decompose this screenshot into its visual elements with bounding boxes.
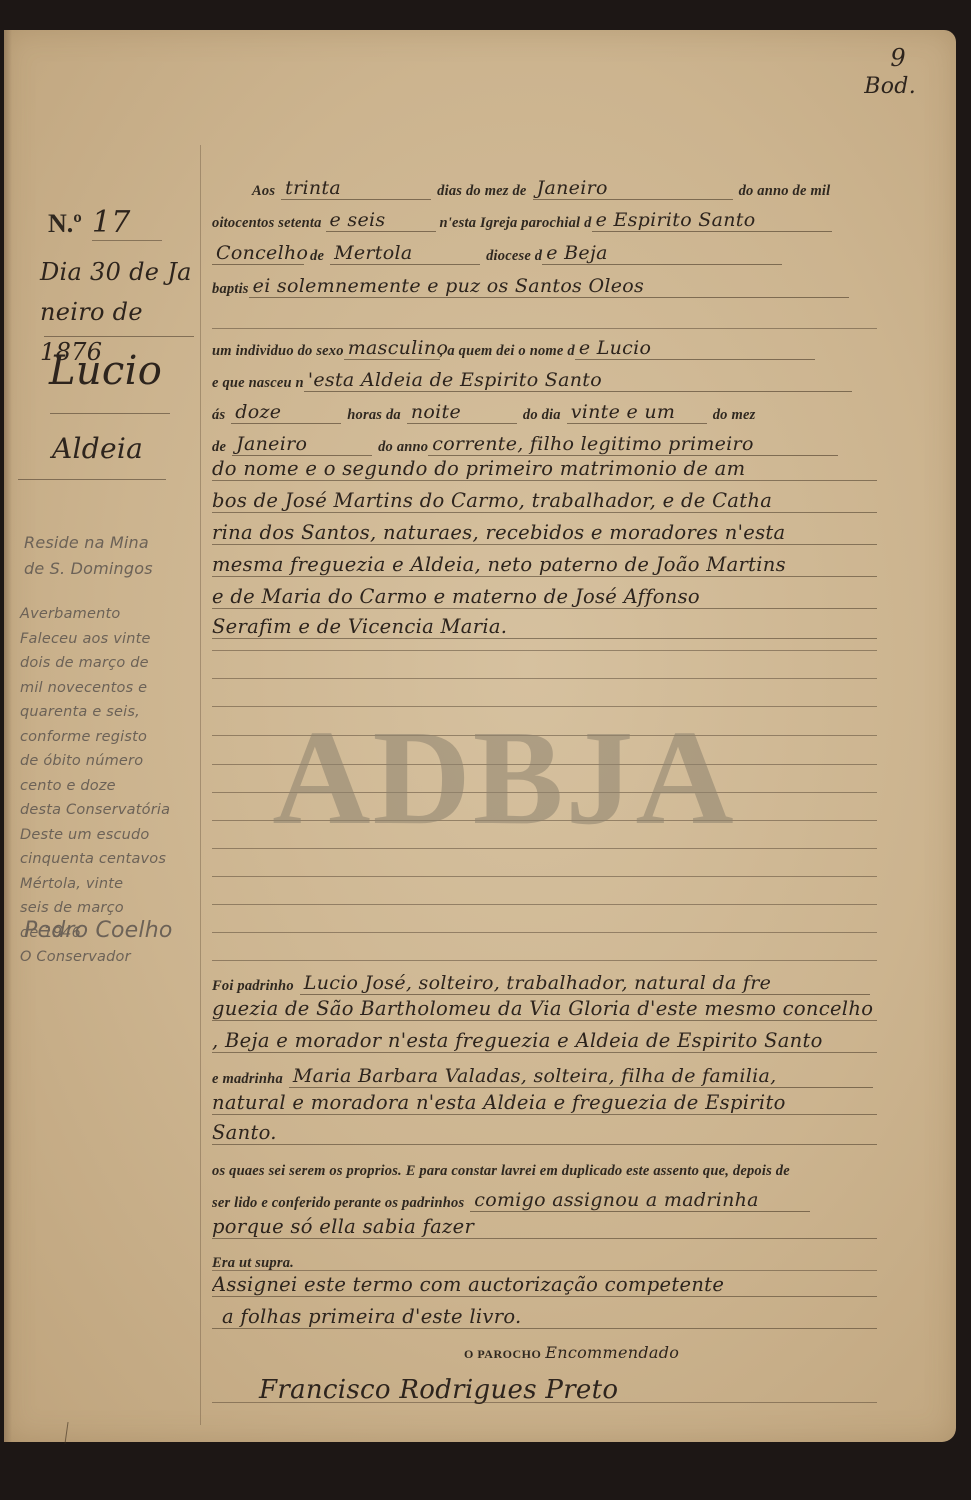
ruled-line <box>212 960 877 961</box>
margin-rule <box>50 413 170 414</box>
final-note-line-1: Assignei este termo com auctorização com… <box>212 1274 877 1297</box>
entry-number: N.º 17 <box>48 205 162 241</box>
era-ut-supra: Era ut supra. <box>212 1242 932 1272</box>
parents-line-4: mesma freguezia e Aldeia, neto paterno d… <box>212 554 877 577</box>
form-line-5: um individuo do sexo masculino , a quem … <box>212 330 932 360</box>
godmother-line-1: e madrinha Maria Barbara Valadas, soltei… <box>212 1058 932 1088</box>
form-line-6: e que nasceu n 'esta Aldeia de Espirito … <box>212 362 932 392</box>
parents-line-1: do nome e o segundo do primeiro matrimon… <box>212 458 877 481</box>
folio-number: 9 Bod. <box>864 44 916 99</box>
parents-line-3: rina dos Santos, naturaes, recebidos e m… <box>212 522 877 545</box>
godfather-line-2: guezia de São Bartholomeu da Via Gloria … <box>212 998 877 1021</box>
margin-annotation-signature: Pedro Coelho <box>24 918 173 943</box>
godmother-line-3: Santo. <box>212 1122 877 1145</box>
margin-rule <box>18 479 166 480</box>
form-line-2: oitocentos setenta e seis n'esta Igreja … <box>212 202 932 232</box>
signature-line <box>212 1402 877 1403</box>
godfather-line-1: Foi padrinho Lucio José, solteiro, traba… <box>212 965 932 995</box>
ruled-line <box>212 678 877 679</box>
ruled-line <box>212 328 877 329</box>
form-line-7: ás doze horas da noite do dia vinte e um… <box>212 394 932 424</box>
ruled-line <box>212 876 877 877</box>
margin-residence-note: Reside na Mina de S. Domingos <box>24 530 199 582</box>
margin-death-annotation: Averbamento Faleceu aos vinte dois de ma… <box>20 602 210 970</box>
parents-line-2: bos de José Martins do Carmo, trabalhado… <box>212 490 877 513</box>
ruled-line <box>212 650 877 651</box>
priest-signature: Francisco Rodrigues Preto <box>259 1375 618 1405</box>
archive-watermark: ADBJA <box>264 700 744 856</box>
margin-baptized-name: Lucio <box>49 348 162 394</box>
ruled-line <box>212 1270 877 1271</box>
ruled-line <box>212 932 877 933</box>
margin-rule <box>44 336 194 337</box>
closing-line-2: ser lido e conferido perante os padrinho… <box>212 1182 932 1212</box>
ruled-line <box>212 904 877 905</box>
register-page: 9 Bod. N.º 17 Dia 30 de Ja neiro de 1876… <box>4 30 956 1442</box>
parents-line-5: e de Maria do Carmo e materno de José Af… <box>212 586 877 609</box>
form-line-1: Aos trinta dias do mez de Janeiro do ann… <box>212 170 932 200</box>
closing-line-3: porque só ella sabia fazer <box>212 1216 877 1239</box>
form-line-8: de Janeiro do anno corrente, filho legit… <box>212 426 932 456</box>
parocho-label: O PAROCHO Encommendado <box>464 1343 679 1362</box>
final-note-line-2: a folhas primeira d'este livro. <box>212 1306 877 1329</box>
closing-line-1: os quaes sei serem os proprios. E para c… <box>212 1150 932 1180</box>
parents-line-6: Serafim e de Vicencia Maria. <box>212 616 877 639</box>
ink-mark <box>64 1422 68 1444</box>
margin-place: Aldeia <box>52 432 143 465</box>
godfather-line-3: , Beja e morador n'esta freguezia e Alde… <box>212 1030 877 1053</box>
godmother-line-2: natural e moradora n'esta Aldeia e fregu… <box>212 1092 877 1115</box>
form-line-4: baptis ei solemnemente e puz os Santos O… <box>212 268 932 298</box>
form-line-3: Concelho de Mertola diocese d e Beja <box>212 235 932 265</box>
